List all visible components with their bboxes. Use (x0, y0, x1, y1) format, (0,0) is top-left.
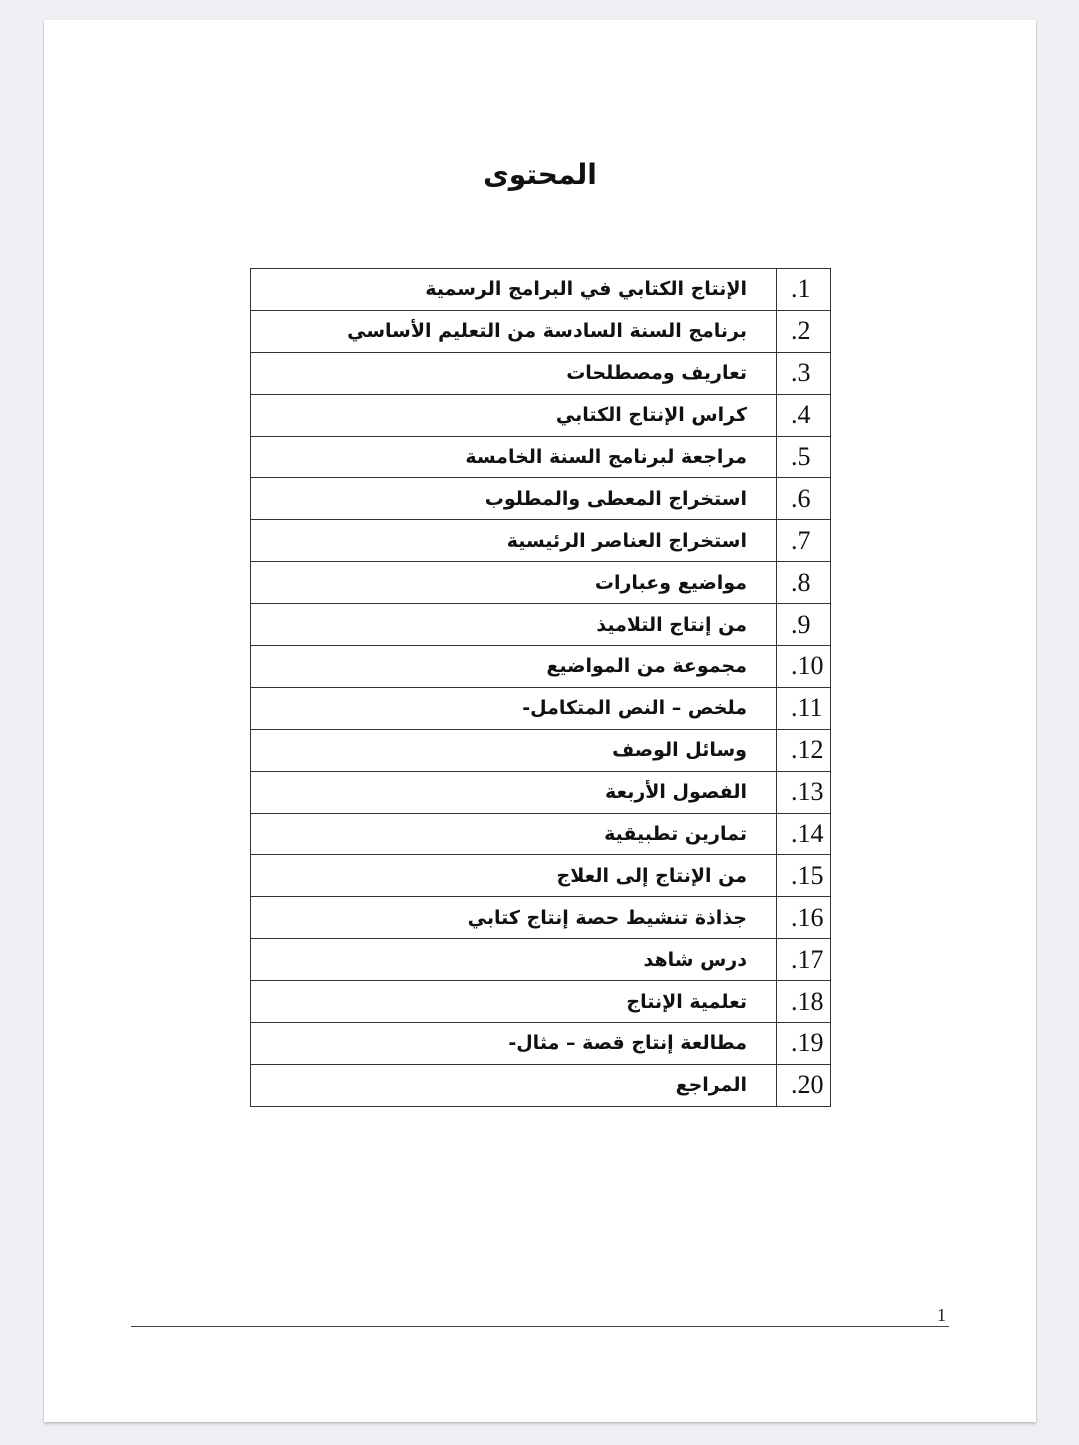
toc-number: 1. (777, 269, 831, 311)
toc-row: 1.الإنتاج الكتابي في البرامج الرسمية (251, 269, 831, 311)
toc-number: 9. (777, 604, 831, 646)
toc-row: 14.تمارين تطبيقية (251, 813, 831, 855)
toc-label: مواضيع وعبارات (251, 562, 777, 604)
toc-number: 18. (777, 981, 831, 1023)
toc-number: 14. (777, 813, 831, 855)
toc-row: 17.درس شاهد (251, 939, 831, 981)
toc-label: برنامج السنة السادسة من التعليم الأساسي (251, 310, 777, 352)
toc-row: 16.جذاذة تنشيط حصة إنتاج كتابي (251, 897, 831, 939)
toc-row: 4.كراس الإنتاج الكتابي (251, 394, 831, 436)
toc-number: 10. (777, 646, 831, 688)
toc-label: جذاذة تنشيط حصة إنتاج كتابي (251, 897, 777, 939)
toc-label: كراس الإنتاج الكتابي (251, 394, 777, 436)
toc-number: 11. (777, 687, 831, 729)
toc-label: تعلمية الإنتاج (251, 981, 777, 1023)
toc-label: تعاريف ومصطلحات (251, 352, 777, 394)
toc-row: 20.المراجع (251, 1064, 831, 1106)
document-page: المحتوى 1.الإنتاج الكتابي في البرامج الر… (44, 20, 1036, 1422)
toc-label: وسائل الوصف (251, 729, 777, 771)
toc-row: 15.من الإنتاج إلى العلاج (251, 855, 831, 897)
toc-number: 6. (777, 478, 831, 520)
toc-label: المراجع (251, 1064, 777, 1106)
page-number: 1 (937, 1305, 946, 1326)
toc-label: مجموعة من المواضيع (251, 646, 777, 688)
toc-row: 3.تعاريف ومصطلحات (251, 352, 831, 394)
toc-label: استخراج المعطى والمطلوب (251, 478, 777, 520)
toc-number: 12. (777, 729, 831, 771)
toc-number: 4. (777, 394, 831, 436)
toc-row: 6.استخراج المعطى والمطلوب (251, 478, 831, 520)
page-title: المحتوى (44, 158, 1036, 191)
toc-label: الفصول الأربعة (251, 771, 777, 813)
toc-number: 8. (777, 562, 831, 604)
toc-row: 8.مواضيع وعبارات (251, 562, 831, 604)
toc-number: 17. (777, 939, 831, 981)
toc-number: 2. (777, 310, 831, 352)
toc-label: مطالعة إنتاج قصة – مثال- (251, 1023, 777, 1065)
toc-row: 2.برنامج السنة السادسة من التعليم الأساس… (251, 310, 831, 352)
toc-label: من الإنتاج إلى العلاج (251, 855, 777, 897)
toc-row: 12.وسائل الوصف (251, 729, 831, 771)
toc-row: 5.مراجعة لبرنامج السنة الخامسة (251, 436, 831, 478)
toc-row: 13.الفصول الأربعة (251, 771, 831, 813)
toc-label: درس شاهد (251, 939, 777, 981)
toc-number: 16. (777, 897, 831, 939)
toc-row: 11.ملخص – النص المتكامل- (251, 687, 831, 729)
toc-row: 7.استخراج العناصر الرئيسية (251, 520, 831, 562)
toc-label: تمارين تطبيقية (251, 813, 777, 855)
table-of-contents: 1.الإنتاج الكتابي في البرامج الرسمية 2.ب… (250, 268, 831, 1107)
toc-label: ملخص – النص المتكامل- (251, 687, 777, 729)
toc-number: 15. (777, 855, 831, 897)
toc-number: 3. (777, 352, 831, 394)
toc-label: مراجعة لبرنامج السنة الخامسة (251, 436, 777, 478)
toc-number: 13. (777, 771, 831, 813)
toc-number: 19. (777, 1023, 831, 1065)
toc-label: من إنتاج التلاميذ (251, 604, 777, 646)
footer-divider (131, 1326, 949, 1327)
toc-row: 18.تعلمية الإنتاج (251, 981, 831, 1023)
toc-number: 7. (777, 520, 831, 562)
toc-number: 20. (777, 1064, 831, 1106)
toc-row: 9.من إنتاج التلاميذ (251, 604, 831, 646)
toc-row: 10.مجموعة من المواضيع (251, 646, 831, 688)
toc-number: 5. (777, 436, 831, 478)
toc-label: الإنتاج الكتابي في البرامج الرسمية (251, 269, 777, 311)
toc-label: استخراج العناصر الرئيسية (251, 520, 777, 562)
toc-row: 19.مطالعة إنتاج قصة – مثال- (251, 1023, 831, 1065)
